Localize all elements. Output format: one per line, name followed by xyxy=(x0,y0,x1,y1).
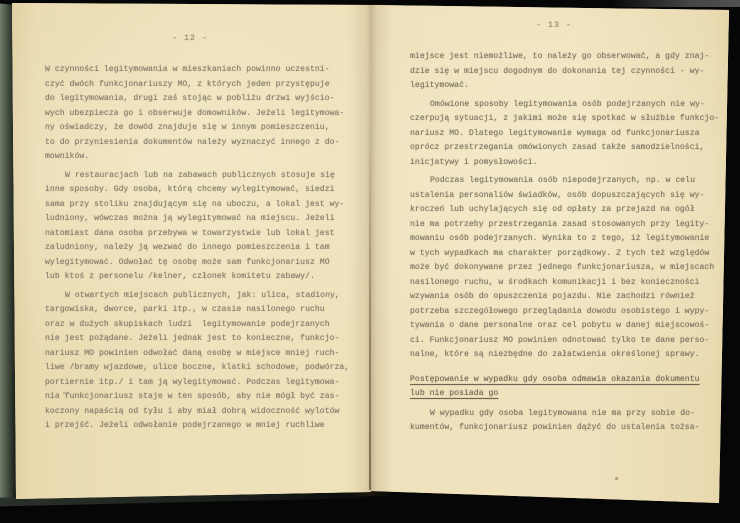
text-line: nie ma potrzeby przestrzegania zasad sto… xyxy=(410,218,716,233)
text-line: lub nie posiada go xyxy=(410,387,716,402)
page-number-left: - 12 - xyxy=(45,34,335,43)
paper-speck xyxy=(615,477,618,480)
paragraph: Podczas legitymowania osób niepodejrzany… xyxy=(410,174,716,363)
paragraph: W otwartych miejscach publicznych, jak: … xyxy=(45,289,360,434)
right-page-text: miejsce jest niemożliwe, to należy go ob… xyxy=(410,50,716,436)
text-line: Omówione sposoby legitymowania osób pode… xyxy=(410,98,716,113)
text-line: i przejść. Jeżeli odwołanie podejrzanego… xyxy=(45,419,360,434)
text-line: nariusz MO. Dlatego legitymowanie wymaga… xyxy=(410,127,716,142)
paragraph: Omówione sposoby legitymowania osób pode… xyxy=(410,98,716,171)
text-line: natomiast dana osoba przebywa w towarzys… xyxy=(45,227,360,242)
text-line: nie jest pożądane. Jeżeli jednak jest to… xyxy=(45,332,360,347)
text-line: kumentów, funkcjonariusz powinien dążyć … xyxy=(410,421,716,436)
text-line: dzie się w miejscu dogodnym do dokonania… xyxy=(410,65,716,80)
book-scan-photo: - 12 - - 13 - W czynności legitymowania … xyxy=(0,0,740,523)
text-line: czyć dwóch funkcjonariuszy MO, z których… xyxy=(45,78,360,93)
text-line: mowników. xyxy=(45,150,360,165)
text-line: inicjatywy i pomysłowości. xyxy=(410,156,716,171)
text-line: portiernie itp./ i tam ją wylegitymować.… xyxy=(45,376,360,391)
text-line: koczony napaścią od tyłu i aby miał dobr… xyxy=(45,405,360,420)
text-line: w tych wypadkach ma charakter porządkowy… xyxy=(410,247,716,262)
text-line: W restauracjach lub na zabawach publiczn… xyxy=(45,169,360,184)
paragraph: W czynności legitymowania w mieszkaniach… xyxy=(45,63,360,165)
paragraph: W restauracjach lub na zabawach publiczn… xyxy=(45,169,360,285)
text-line: sama przy stoliku znajdującym się na ubo… xyxy=(45,198,360,213)
left-page-text: W czynności legitymowania w mieszkaniach… xyxy=(45,63,360,434)
paragraph: miejsce jest niemożliwe, to należy go ob… xyxy=(410,50,716,94)
text-line: oprócz przestrzegania omówionych zasad t… xyxy=(410,141,716,156)
text-line: to do przyniesienia dokumentów należy wy… xyxy=(45,136,360,151)
text-line: legitymować. xyxy=(410,79,716,94)
background-shelf-edge xyxy=(610,0,740,7)
text-line: tywania o dane personalne oraz cel pobyt… xyxy=(410,319,716,334)
text-line: ustalenia personaliów świadków, osób dop… xyxy=(410,189,716,204)
text-line: oraz w dużych skupiskach ludzi legitymow… xyxy=(45,318,360,333)
text-line: W otwartych miejscach publicznych, jak: … xyxy=(45,289,360,304)
text-line: ludniony, wówczas można ją wylegitymować… xyxy=(45,212,360,227)
text-line: ny oświadczy, że dowód znajduje się w in… xyxy=(45,121,360,136)
paragraph: W wypadku gdy osoba legitymowana nie ma … xyxy=(410,407,716,436)
text-line: kroczeń lub uchylających się od opłaty z… xyxy=(410,203,716,218)
text-line: mowaniu osób podejrzanych. Wynika to z t… xyxy=(410,232,716,247)
text-line: może być dokonywane przez jednego funkcj… xyxy=(410,261,716,276)
text-line: Podczas legitymowania osób niepodejrzany… xyxy=(410,174,716,189)
text-line: lub ktoś z personelu /kelner, członek ko… xyxy=(45,270,360,285)
text-line: do legitymowania, drugi zaś stojąc w pob… xyxy=(45,92,360,107)
text-line: nalne, które są niezbędne do załatwienia… xyxy=(410,348,716,363)
text-line: wzywania osób do opuszczenia pojazdu. Ni… xyxy=(410,290,716,305)
text-line: czerpują sytuacji, z jakimi może się spo… xyxy=(410,112,716,127)
text-line: miejsce jest niemożliwe, to należy go ob… xyxy=(410,50,716,65)
text-line: potrzeba szczegółowego przeglądania dowo… xyxy=(410,305,716,320)
text-line: wylegitymować. Odwołać tę osobę może sam… xyxy=(45,256,360,271)
text-line: targowiska, dworce, parki itp., w czasie… xyxy=(45,303,360,318)
text-line: inne sposoby. Gdy osoba, którą chcemy wy… xyxy=(45,183,360,198)
text-line: nasilonego ruchu, w środkach komunikacji… xyxy=(410,276,716,291)
text-line: zaludniony, należy ją wezwać do innego p… xyxy=(45,241,360,256)
text-line: liwe /bramy wjazdowe, ulice boczne, klat… xyxy=(45,361,360,376)
text-line: W wypadku gdy osoba legitymowana nie ma … xyxy=(410,407,716,422)
text-line: nia funkcjonariusz staje w ten sposób, a… xyxy=(45,390,360,405)
text-line: nariusz MO powinien odwołać daną osobę w… xyxy=(45,347,360,362)
text-line: ci. Funkcjonariusz MO powinien odnotować… xyxy=(410,334,716,349)
text-line: Postępowanie w wypadku gdy osoba odmawia… xyxy=(410,373,716,388)
text-line: wych ubezpiecza go i obserwuje domownikó… xyxy=(45,107,360,122)
text-line: W czynności legitymowania w mieszkaniach… xyxy=(45,63,360,78)
book-gutter-crease xyxy=(369,150,371,490)
section-heading: Postępowanie w wypadku gdy osoba odmawia… xyxy=(410,373,716,402)
page-number-right: - 13 - xyxy=(410,21,698,30)
